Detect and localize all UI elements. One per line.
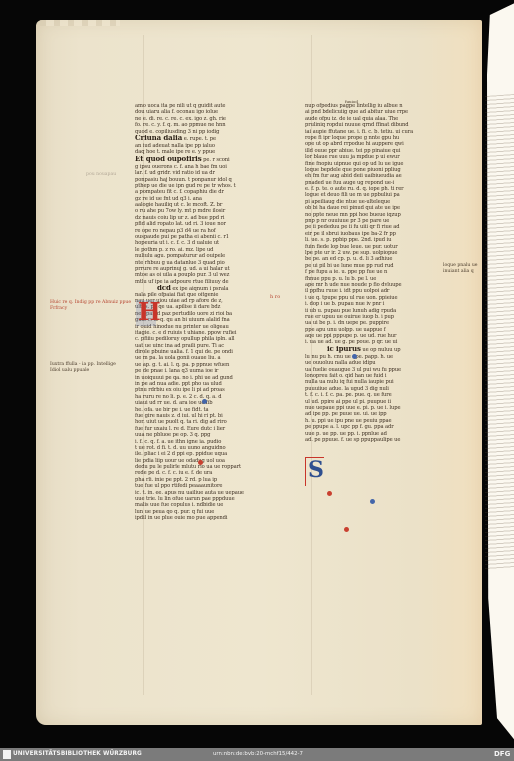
marginal-note-red: h ro bbox=[270, 294, 280, 300]
text-block: nala pile ofpaiai fiat que oitgenienau u… bbox=[135, 292, 265, 522]
rubric-line-rest: ue op nuluu up bbox=[362, 347, 400, 353]
large-initial-s: S bbox=[308, 459, 324, 481]
text-column-right: nup ofpedius pagpe lintellig iu albue na… bbox=[305, 103, 435, 488]
interlinear-gloss: fuuiod bbox=[345, 99, 358, 105]
paragraph-mark-blue bbox=[202, 399, 207, 404]
dfg-logo: DFG bbox=[494, 748, 510, 761]
paragraph-mark-blue bbox=[352, 354, 357, 359]
marginal-note-faint: pou nouapau bbox=[86, 172, 126, 178]
rubric-line-rest: pe. r sconi bbox=[203, 157, 229, 163]
text-block: g ipsu ouerons c. f. ana h bae fm uoilar… bbox=[135, 164, 265, 285]
rubric-heading-text: dcd bbox=[157, 285, 171, 291]
rubric-heading: Criuna dalia e. rupe. t. pe bbox=[135, 135, 265, 143]
paragraph-mark-blue bbox=[370, 499, 375, 504]
text-line: ipdil in ue plue ouie mo pue appendi bbox=[135, 515, 265, 521]
marginal-note-red: Huic re q. Indig pp re Abnuiz ppue Frfra… bbox=[50, 300, 140, 312]
image-viewer: amo uoca ita pe nili ut q guidit aute do… bbox=[0, 0, 514, 748]
text-block: nup ofpedius pagpe lintellig iu albue na… bbox=[305, 103, 435, 346]
large-initial-h: H bbox=[138, 300, 161, 324]
page-edge-wear bbox=[40, 20, 120, 26]
rubric-line-rest: e. rupe. t. pe bbox=[184, 136, 216, 142]
rubric-heading: ic ipurus ue op nuluu up bbox=[305, 346, 435, 354]
footer-bar: UNIVERSITÄTSBIBLIOTHEK WÜRZBURG urn:nbn:… bbox=[0, 748, 514, 761]
paragraph-mark-red bbox=[198, 460, 203, 465]
text-line: ad. pe ppuue. f. ue sp ppuppaulipe ue bbox=[305, 437, 435, 443]
rubric-heading-text: riuna dalia bbox=[140, 135, 182, 142]
library-logo-icon bbox=[3, 750, 11, 759]
rubric-heading-text: ic ipurus bbox=[327, 346, 361, 353]
paragraph-mark-red bbox=[327, 491, 332, 496]
urn-identifier: urn:nbn:de:bvb:20-mchf15/442-7 bbox=[213, 748, 303, 761]
marginal-note: Iuxtra ffulla - ia pp. Intellige Idiol u… bbox=[50, 362, 120, 374]
rubric-heading-text: t quod oupofiris bbox=[140, 156, 201, 163]
rubric-heading: Et quod oupofiris pe. r sconi bbox=[135, 156, 265, 164]
marginal-note-right: loque pnalu ue inuiant alia q bbox=[443, 263, 481, 275]
paragraph-mark-red bbox=[344, 527, 349, 532]
rubric-line-rest: ex ipe aiqnum i psrala bbox=[172, 286, 228, 291]
text-block: lu nu pu h. cnu ue ope. papp. h. ueue ou… bbox=[305, 354, 435, 443]
library-name: UNIVERSITÄTSBIBLIOTHEK WÜRZBURG bbox=[13, 748, 142, 761]
facing-page-text bbox=[485, 94, 514, 571]
